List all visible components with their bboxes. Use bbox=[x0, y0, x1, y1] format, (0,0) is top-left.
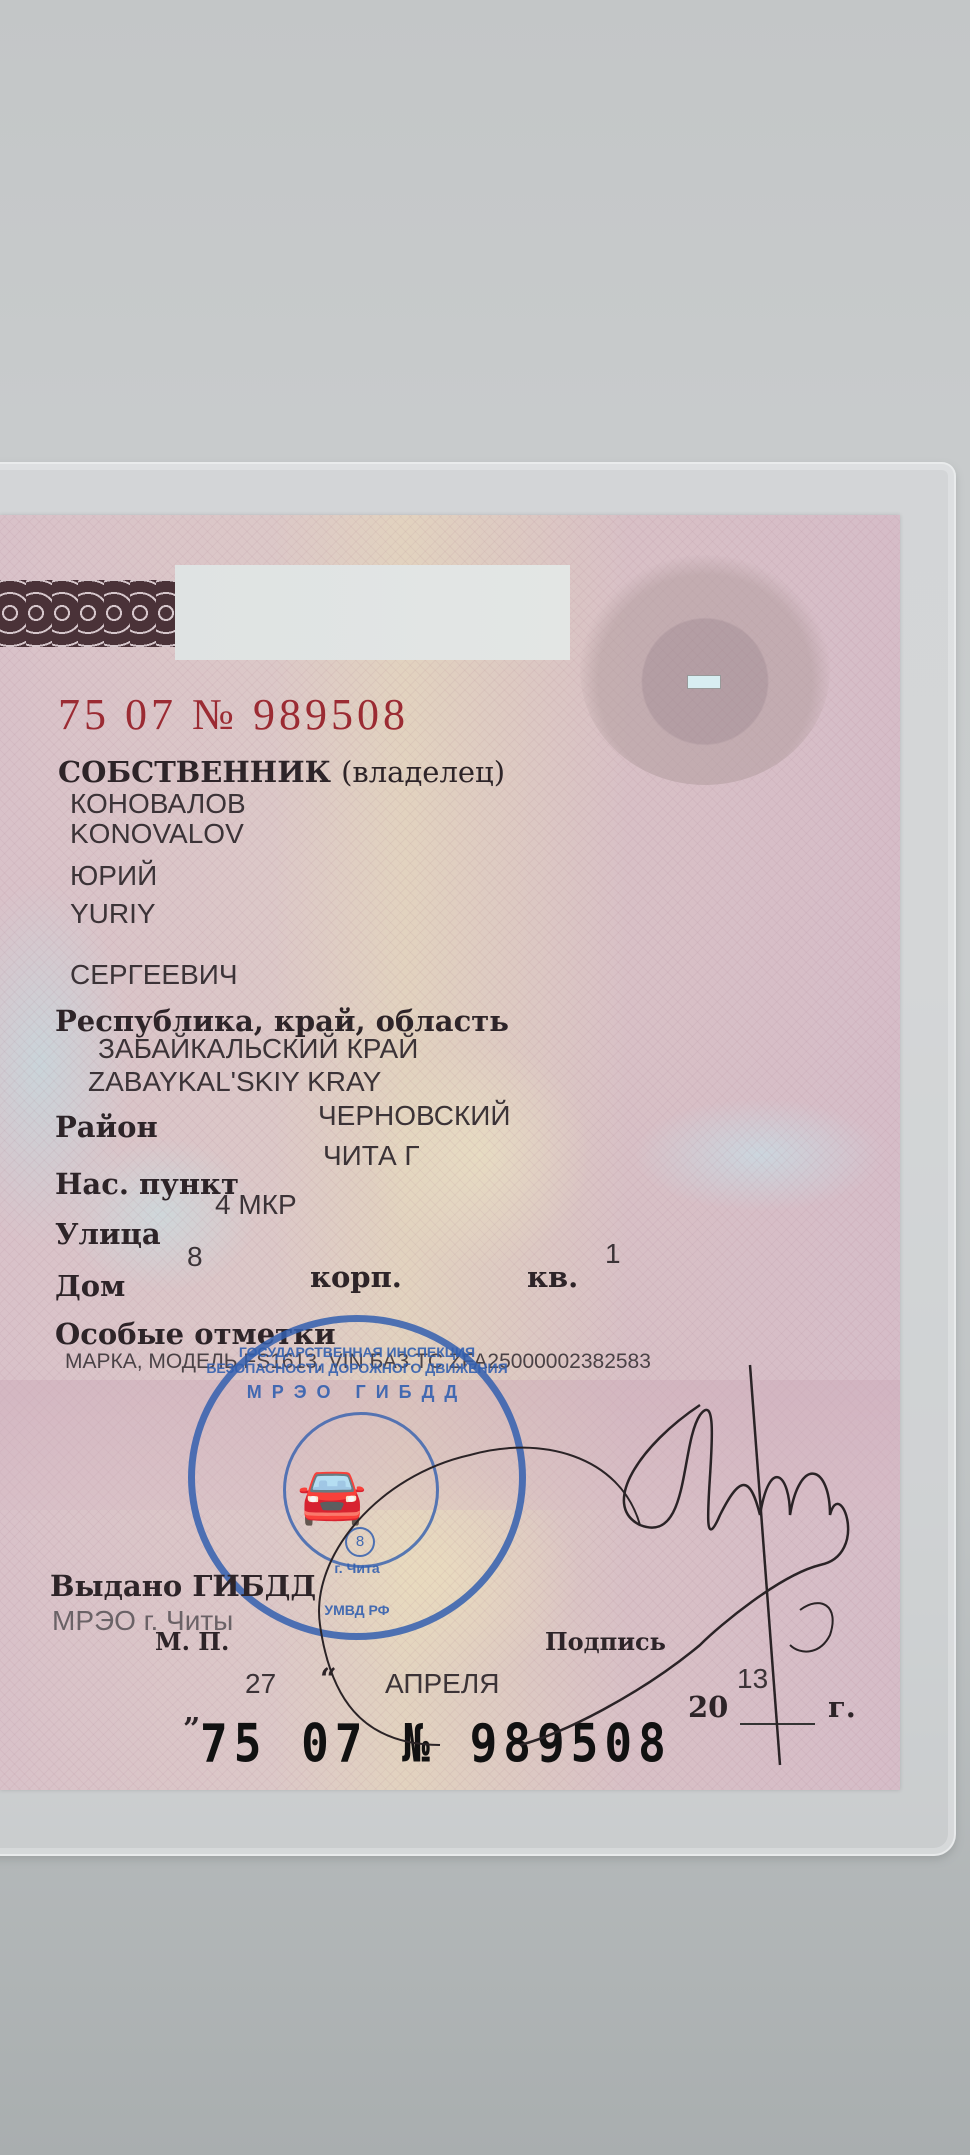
registration-certificate: 75 07 № 989508 СОБСТВЕННИК (владелец) КО… bbox=[0, 515, 900, 1790]
handwritten-signature bbox=[0, 515, 900, 1790]
